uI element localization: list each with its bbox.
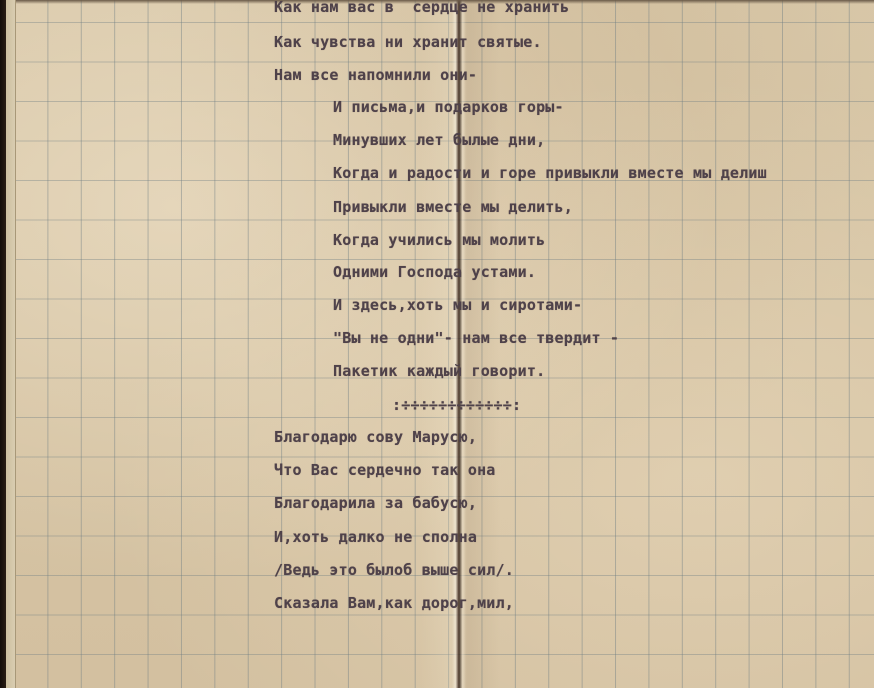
poem-line: И здесь,хоть мы и сиротами- xyxy=(333,296,582,314)
poem-line: Когда и радости и горе привыкли вместе м… xyxy=(333,164,767,182)
poem-line: Благодарю сову Марусю, xyxy=(274,428,477,446)
poem-line: Когда учились мы молить xyxy=(333,231,545,249)
poem-line: И письма,и подарков горы- xyxy=(333,98,564,116)
paper-sheet: Как нам вас в сердце не хранить Как чувс… xyxy=(0,0,874,688)
poem-line: Минувших лет былые дни, xyxy=(333,131,545,149)
poem-text: Как нам вас в сердце не хранить Как чувс… xyxy=(0,0,874,688)
poem-line: Как нам вас в сердце не хранить xyxy=(274,0,569,16)
poem-line: Благодарила за бабусю, xyxy=(274,494,477,512)
stanza-separator: :÷÷÷÷÷÷÷÷÷÷÷÷: xyxy=(392,396,521,414)
poem-line: /Ведь это былоб выше сил/. xyxy=(274,561,514,579)
poem-line: Как чувства ни хранит святые. xyxy=(274,33,542,51)
poem-line: Пакетик каждый говорит. xyxy=(333,362,545,380)
poem-line: Нам все напомнили они- xyxy=(274,66,477,84)
poem-line: Привыкли вместе мы делить, xyxy=(333,198,573,216)
poem-line: Одними Господа устами. xyxy=(333,263,536,281)
poem-line: Что Вас сердечно так она xyxy=(274,461,496,479)
poem-line: "Вы не одни"- нам все твердит - xyxy=(333,329,619,347)
poem-line: Сказала Вам,как дорог,мил, xyxy=(274,594,514,612)
poem-line: И,хоть далко не сполна xyxy=(274,528,477,546)
